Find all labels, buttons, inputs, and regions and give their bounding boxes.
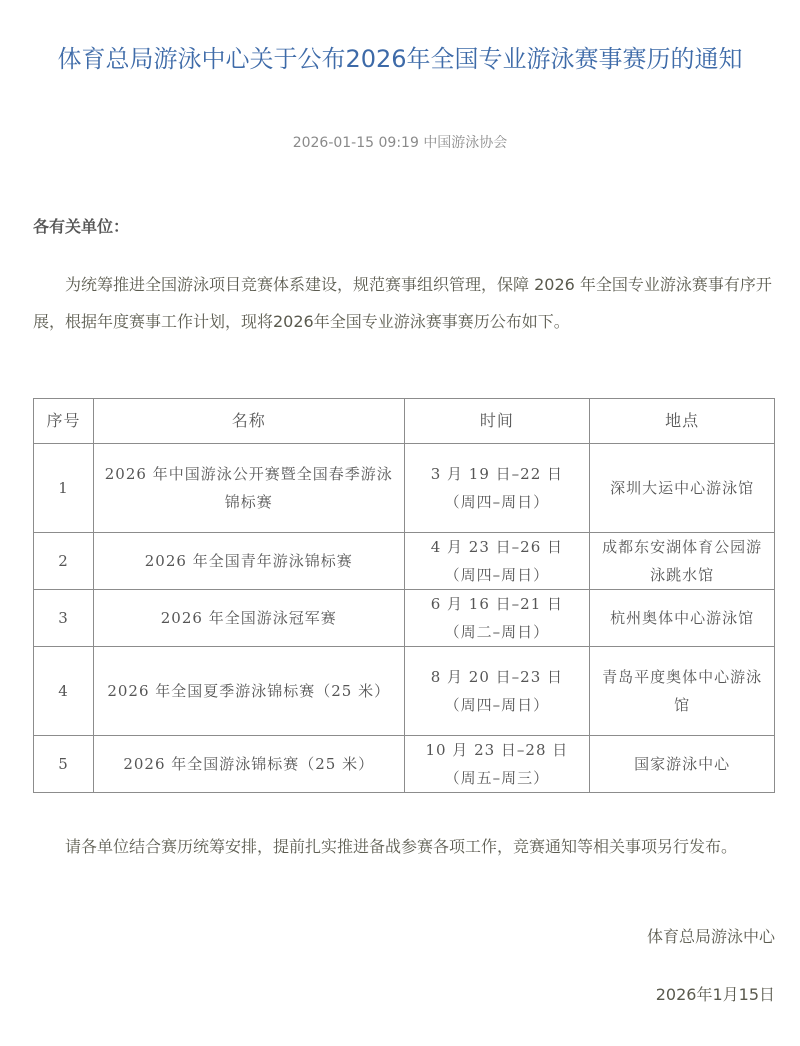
- cell-name: 2026 年全国游泳冠军赛: [93, 590, 404, 647]
- signature-date: 2026年1月15日: [656, 983, 775, 1007]
- header-index: 序号: [34, 399, 94, 444]
- header-venue: 地点: [590, 399, 775, 444]
- cell-time: 10 月 23 日–28 日 （周五–周三）: [404, 736, 590, 793]
- cell-name: 2026 年全国夏季游泳锦标赛（25 米）: [93, 647, 404, 736]
- intro-paragraph: 为统筹推进全国游泳项目竞赛体系建设，规范赛事组织管理，保障 2026 年全国专业…: [33, 266, 773, 340]
- event-weekday: （周四–周日）: [413, 691, 582, 719]
- event-weekday: （周四–周日）: [413, 561, 582, 589]
- article-meta: 2026-01-15 09:19 中国游泳协会: [0, 133, 800, 153]
- table-row: 5 2026 年全国游泳锦标赛（25 米） 10 月 23 日–28 日 （周五…: [34, 736, 775, 793]
- table-row: 1 2026 年中国游泳公开赛暨全国春季游泳锦标赛 3 月 19 日–22 日 …: [34, 444, 775, 533]
- event-date: 4 月 23 日–26 日: [413, 533, 582, 561]
- article-title: 体育总局游泳中心关于公布2026年全国专业游泳赛事赛历的通知: [40, 40, 760, 78]
- cell-venue: 青岛平度奥体中心游泳馆: [590, 647, 775, 736]
- publish-datetime: 2026-01-15 09:19: [293, 135, 419, 151]
- cell-venue: 国家游泳中心: [590, 736, 775, 793]
- cell-index: 2: [34, 533, 94, 590]
- cell-index: 5: [34, 736, 94, 793]
- cell-name: 2026 年全国游泳锦标赛（25 米）: [93, 736, 404, 793]
- event-date: 3 月 19 日–22 日: [413, 460, 582, 488]
- cell-name: 2026 年全国青年游泳锦标赛: [93, 533, 404, 590]
- event-weekday: （周二–周日）: [413, 618, 582, 646]
- event-weekday: （周五–周三）: [413, 764, 582, 792]
- schedule-table: 序号 名称 时间 地点 1 2026 年中国游泳公开赛暨全国春季游泳锦标赛 3 …: [33, 398, 775, 793]
- publish-source: 中国游泳协会: [423, 135, 507, 151]
- cell-time: 4 月 23 日–26 日 （周四–周日）: [404, 533, 590, 590]
- cell-name: 2026 年中国游泳公开赛暨全国春季游泳锦标赛: [93, 444, 404, 533]
- event-date: 6 月 16 日–21 日: [413, 590, 582, 618]
- cell-venue: 杭州奥体中心游泳馆: [590, 590, 775, 647]
- cell-time: 8 月 20 日–23 日 （周四–周日）: [404, 647, 590, 736]
- signature-organization: 体育总局游泳中心: [647, 925, 775, 949]
- cell-venue: 深圳大运中心游泳馆: [590, 444, 775, 533]
- table-row: 2 2026 年全国青年游泳锦标赛 4 月 23 日–26 日 （周四–周日） …: [34, 533, 775, 590]
- header-name: 名称: [93, 399, 404, 444]
- cell-time: 6 月 16 日–21 日 （周二–周日）: [404, 590, 590, 647]
- table-row: 3 2026 年全国游泳冠军赛 6 月 16 日–21 日 （周二–周日） 杭州…: [34, 590, 775, 647]
- table-row: 4 2026 年全国夏季游泳锦标赛（25 米） 8 月 20 日–23 日 （周…: [34, 647, 775, 736]
- event-date: 10 月 23 日–28 日: [413, 736, 582, 764]
- event-date: 8 月 20 日–23 日: [413, 663, 582, 691]
- cell-index: 1: [34, 444, 94, 533]
- salutation: 各有关单位：: [33, 215, 129, 239]
- cell-index: 3: [34, 590, 94, 647]
- closing-paragraph: 请各单位结合赛历统筹安排，提前扎实推进备战参赛各项工作，竞赛通知等相关事项另行发…: [33, 828, 773, 865]
- event-weekday: （周四–周日）: [413, 488, 582, 516]
- table-header-row: 序号 名称 时间 地点: [34, 399, 775, 444]
- cell-time: 3 月 19 日–22 日 （周四–周日）: [404, 444, 590, 533]
- cell-index: 4: [34, 647, 94, 736]
- cell-venue: 成都东安湖体育公园游泳跳水馆: [590, 533, 775, 590]
- header-time: 时间: [404, 399, 590, 444]
